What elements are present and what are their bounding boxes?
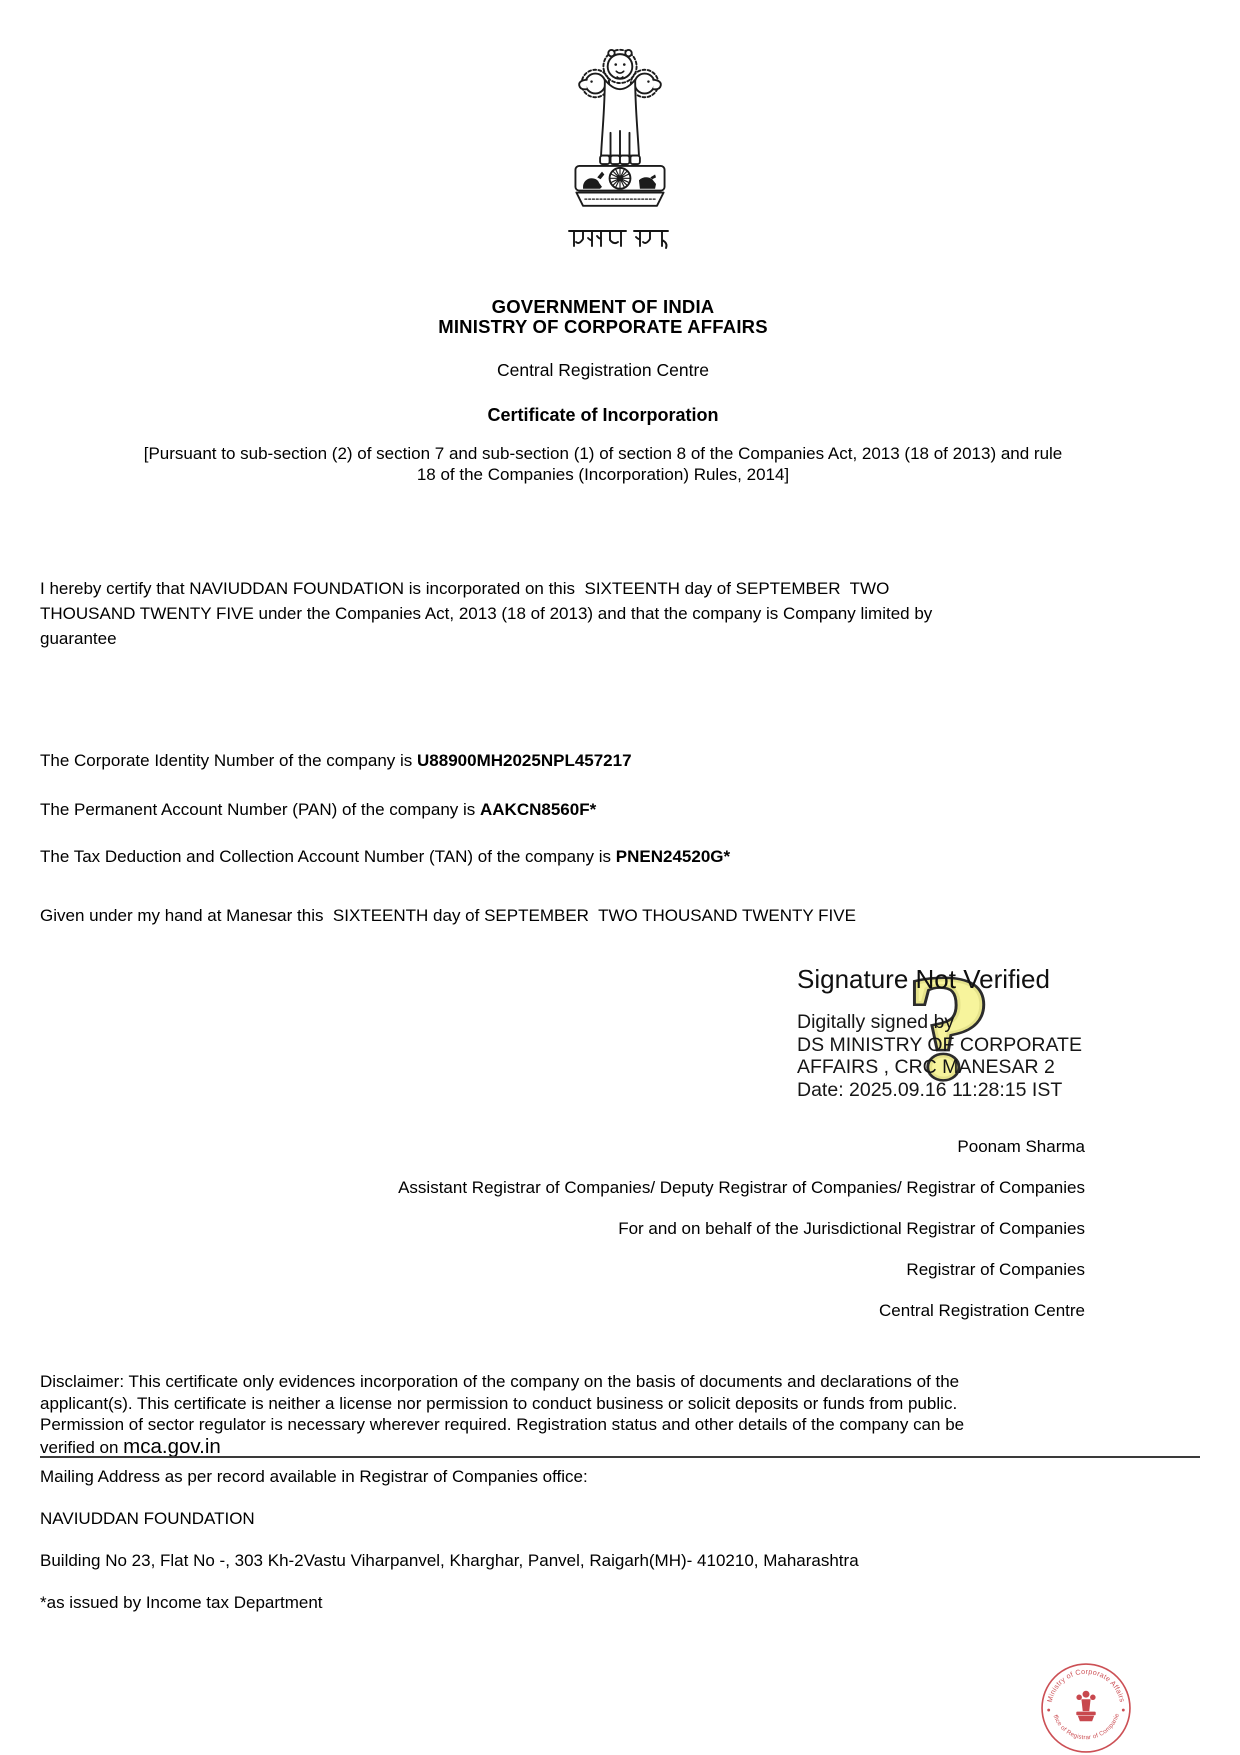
document-header: GOVERNMENT OF INDIA MINISTRY OF CORPORAT… bbox=[40, 297, 1166, 485]
disclaimer-lines: Disclaimer: This certificate only eviden… bbox=[40, 1371, 1150, 1436]
pursuant-clause: [Pursuant to sub-section (2) of section … bbox=[40, 443, 1166, 485]
roc-stamp-graphic: Ministry of Corporate Affairs Office of … bbox=[1040, 1662, 1132, 1754]
section-divider bbox=[40, 1456, 1200, 1458]
pan-value: AAKCN8560F* bbox=[480, 800, 596, 819]
pan-line: The Permanent Account Number (PAN) of th… bbox=[40, 799, 1150, 821]
mailing-company-name: NAVIUDDAN FOUNDATION bbox=[40, 1508, 1150, 1530]
digitally-signed-by-line: Digitally signed by bbox=[797, 1011, 1217, 1034]
given-under-hand-line: Given under my hand at Manesar this SIXT… bbox=[40, 905, 1150, 927]
satyameva-jayate-caption: सत्यमेव जयते bbox=[568, 227, 672, 251]
digital-signature-block: Signature Not Verified Digitally signed … bbox=[797, 966, 1217, 1101]
pan-issue-footnote: *as issued by Income tax Department bbox=[40, 1592, 1150, 1614]
signatory-on-behalf: For and on behalf of the Jurisdictional … bbox=[40, 1220, 1085, 1238]
signatory-designation: Assistant Registrar of Companies/ Deputy… bbox=[40, 1179, 1085, 1197]
tan-line: The Tax Deduction and Collection Account… bbox=[40, 846, 1150, 868]
signatory-name: Poonam Sharma bbox=[40, 1138, 1085, 1156]
signature-not-verified-text: Signature Not Verified bbox=[797, 966, 1217, 993]
disclaimer-paragraph: Disclaimer: This certificate only eviden… bbox=[40, 1371, 1150, 1458]
cin-line: The Corporate Identity Number of the com… bbox=[40, 750, 1150, 772]
emblem-of-india: सत्यमेव जयते bbox=[563, 38, 677, 225]
stamp-emblem-icon bbox=[1076, 1691, 1095, 1722]
pan-label: The Permanent Account Number (PAN) of th… bbox=[40, 800, 480, 819]
digital-signature-details: Digitally signed by DS MINISTRY OF CORPO… bbox=[797, 1011, 1217, 1101]
certificate-page: सत्यमेव जयते GOVERNMENT OF I bbox=[0, 0, 1240, 1755]
mailing-address-heading: Mailing Address as per record available … bbox=[40, 1466, 1150, 1488]
tan-label: The Tax Deduction and Collection Account… bbox=[40, 847, 616, 866]
cin-label: The Corporate Identity Number of the com… bbox=[40, 751, 417, 770]
devanagari-caption-glyphs bbox=[568, 227, 672, 251]
signatory-block: Poonam Sharma Assistant Registrar of Com… bbox=[40, 1138, 1085, 1343]
mca-gov-in-text: mca.gov.in bbox=[123, 1435, 221, 1458]
disclaimer-last-line: verified on mca.gov.in bbox=[40, 1436, 1150, 1459]
signature-date-line: Date: 2025.09.16 11:28:15 IST bbox=[797, 1079, 1217, 1102]
government-of-india-heading: GOVERNMENT OF INDIA bbox=[40, 297, 1166, 317]
roc-stamp: Ministry of Corporate Affairs Office of … bbox=[1040, 1662, 1132, 1755]
signer-name-line-1: DS MINISTRY OF CORPORATE bbox=[797, 1034, 1217, 1057]
cin-value: U88900MH2025NPL457217 bbox=[417, 751, 632, 770]
verified-on-text: verified on bbox=[40, 1438, 123, 1457]
signatory-crc: Central Registration Centre bbox=[40, 1302, 1085, 1320]
lion-capital-graphic bbox=[563, 38, 677, 220]
certification-paragraph: I hereby certify that NAVIUDDAN FOUNDATI… bbox=[40, 576, 1150, 651]
signer-name-line-2: AFFAIRS , CRC MANESAR 2 bbox=[797, 1056, 1217, 1079]
mailing-company-address: Building No 23, Flat No -, 303 Kh-2Vastu… bbox=[40, 1550, 1150, 1572]
certificate-title: Certificate of Incorporation bbox=[40, 405, 1166, 425]
tan-value: PNEN24520G* bbox=[616, 847, 730, 866]
signatory-roc: Registrar of Companies bbox=[40, 1261, 1085, 1279]
central-registration-centre-line: Central Registration Centre bbox=[40, 360, 1166, 380]
ministry-heading: MINISTRY OF CORPORATE AFFAIRS bbox=[40, 317, 1166, 337]
